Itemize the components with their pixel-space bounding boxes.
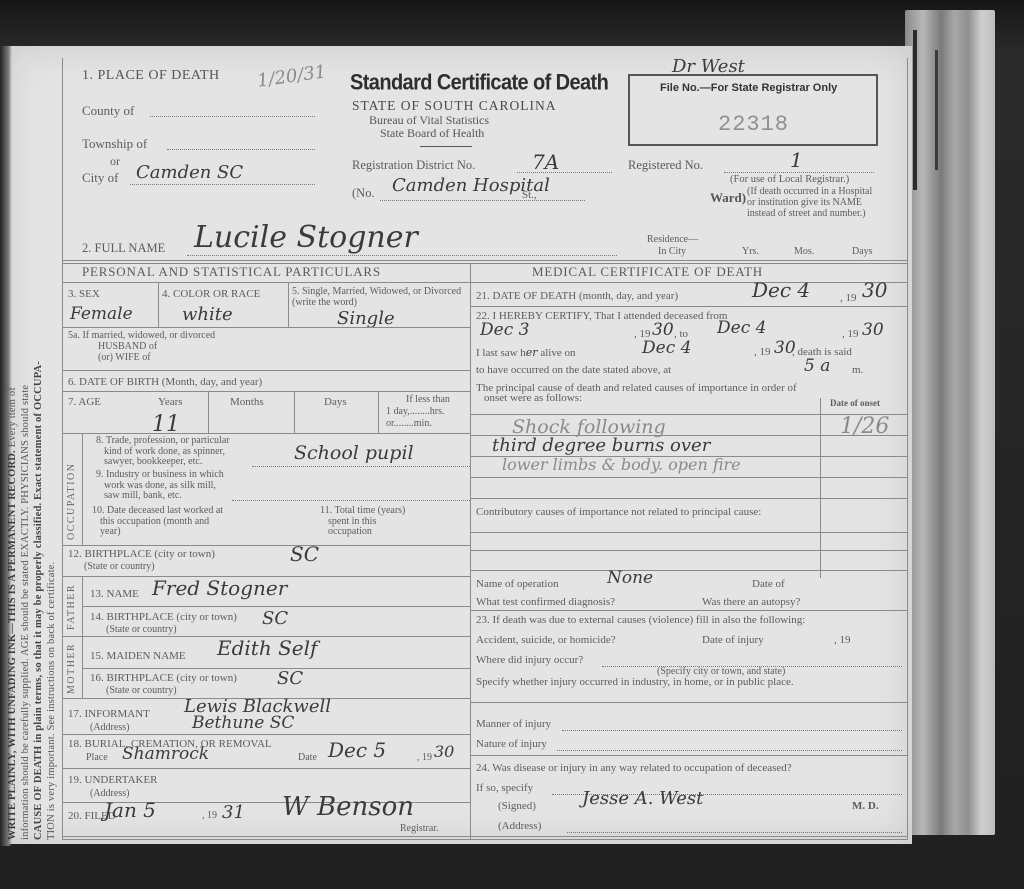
cause-line-2: third degree burns over [492, 435, 710, 456]
race-value: white [182, 304, 233, 325]
filed-value: Jan 5 [104, 798, 156, 822]
in-city-label: In City [658, 246, 686, 257]
file-number-box: File No.—For State Registrar Only 22318 [628, 74, 878, 146]
lt-day-label: If less than [406, 394, 450, 405]
row-line [62, 327, 470, 328]
row-line [62, 768, 470, 769]
registrar-signature: W Benson [282, 792, 414, 822]
margin-note: 1/20/31 [256, 61, 328, 91]
cause-line [470, 477, 907, 478]
city-label: City of [82, 170, 118, 186]
time-value: 5 a [804, 356, 830, 376]
township-label: Township of [82, 136, 147, 152]
external-label: 23. If death was due to external causes … [476, 614, 805, 626]
total-time-label: 11. Total time (years) spent in this occ… [320, 506, 405, 538]
death-certificate-form: 1. PLACE OF DEATH 1/20/31 County of Town… [62, 58, 884, 838]
row-line [82, 668, 470, 669]
row-line [62, 545, 470, 546]
row-line [470, 702, 907, 703]
marital-label: 5. Single, Married, Widowed, or Divorced… [292, 286, 467, 308]
mother-maiden-value: Edith Self [217, 636, 317, 660]
form-bottom-line [62, 836, 907, 837]
row-line [62, 734, 470, 735]
row-line [470, 610, 907, 611]
place-label: Place [86, 752, 108, 763]
row-line [62, 370, 470, 371]
attended-to-year-prefix: , 19 [842, 328, 859, 340]
last-worked-label-1: 10. Date deceased last worked at [92, 506, 223, 517]
last-worked-label-3: year) [92, 527, 223, 538]
injury-where-label: Where did injury occur? [476, 654, 583, 666]
birthplace-sub: (State or country) [84, 561, 155, 572]
registered-no-field[interactable] [724, 172, 874, 173]
city-field[interactable] [130, 184, 315, 185]
mos-label: Mos. [794, 246, 814, 257]
days-label: Days [852, 246, 873, 257]
signed-value: Jesse A. West [582, 788, 703, 809]
board-name: State Board of Health [380, 126, 484, 141]
operation-label: Name of operation [476, 578, 558, 590]
attended-to: Dec 4 [717, 318, 766, 338]
row-line [470, 282, 907, 283]
father-name-value: Fred Stogner [152, 576, 287, 600]
total-time-label-1: 11. Total time (years) [320, 506, 405, 517]
instr-line1-rest: Every item of [7, 387, 18, 447]
age-label: 7. AGE [68, 396, 101, 408]
if-so-label: If so, specify [476, 782, 533, 794]
page-stack-edge [905, 10, 995, 835]
birthplace-value: SC [290, 542, 319, 566]
signed-label: (Signed) [498, 800, 536, 812]
row-line [470, 306, 907, 307]
spouse-label-3: (or) WIFE of [98, 352, 151, 363]
injury-date-label: Date of injury [702, 634, 764, 646]
contributory-label: Contributory causes of importance not re… [476, 506, 761, 518]
col-line [158, 282, 159, 327]
nature-field[interactable] [557, 750, 902, 751]
trade-field[interactable] [252, 466, 470, 467]
registrar-label: Registrar. [400, 823, 439, 834]
col-line [288, 282, 289, 327]
onset-col-line [820, 398, 821, 578]
medical-section-title: MEDICAL CERTIFICATE OF DEATH [532, 264, 763, 280]
row-line [62, 391, 470, 392]
specify-where-label: Specify whether injury occurred in indus… [476, 676, 794, 688]
accident-label: Accident, suicide, or homicide? [476, 634, 616, 646]
date-of-onset-label: Date of onset [830, 398, 880, 408]
operation-value: None [607, 568, 653, 588]
cause-intro-2: onset were as follows: [484, 392, 582, 404]
father-side-label: FATHER [66, 584, 77, 630]
row-line [62, 433, 470, 434]
contrib-line [470, 550, 907, 551]
instr-line1-bold: WRITE PLAINLY, WITH UNFADING INK—THIS IS… [7, 450, 18, 840]
industry-field[interactable] [232, 500, 470, 501]
cause-line-3: lower limbs & body. open fire [502, 455, 741, 474]
informant-address-label: (Address) [90, 722, 129, 733]
months-label: Months [230, 396, 264, 408]
address-field[interactable] [567, 832, 902, 833]
title-rule [420, 146, 472, 147]
personal-section-title: PERSONAL AND STATISTICAL PARTICULARS [82, 264, 381, 280]
burial-year-prefix: , 19 [417, 752, 432, 763]
full-name-value: Lucile Stogner [194, 220, 418, 255]
m-label: m. [852, 364, 863, 376]
mother-side-line [82, 636, 83, 698]
burial-date-value: Dec 5 [328, 738, 386, 762]
reg-district-label: Registration District No. [352, 158, 475, 173]
filed-year-prefix: , 19 [202, 810, 217, 821]
occupation-related-label: 24. Was disease or injury in any way rel… [476, 762, 792, 774]
informant-address-value: Bethune SC [192, 713, 294, 733]
trade-value: School pupil [294, 442, 414, 464]
burial-year-value: 30 [434, 742, 454, 761]
father-name-label: 13. NAME [90, 588, 139, 600]
row-line [82, 606, 470, 607]
birthplace-label: 12. BIRTHPLACE (city or town) [68, 548, 215, 560]
alive-on-label: alive on [540, 347, 575, 359]
spouse-label-2: HUSBAND of [98, 341, 157, 352]
father-birthplace-label: 14. BIRTHPLACE (city or town) [90, 611, 237, 623]
industry-label: 9. Industry or business in which work wa… [96, 470, 224, 502]
trade-label-3: sawyer, bookkeeper, etc. [96, 457, 230, 468]
last-saw-her: er [526, 346, 538, 359]
filed-year-value: 31 [222, 802, 245, 823]
last-saw-label: I last saw her alive on [476, 346, 575, 359]
operation-date-label: Date of [752, 578, 785, 590]
instr-line2: information should be carefully supplied… [19, 50, 32, 840]
race-label: 4. COLOR OR RACE [162, 288, 260, 300]
reg-district-value: 7A [532, 150, 559, 174]
mother-birthplace-label: 16. BIRTHPLACE (city or town) [90, 672, 237, 684]
form-right-border [907, 58, 908, 840]
col-line [294, 391, 295, 433]
ward-label: Ward) [710, 190, 746, 206]
yrs-label: Yrs. [742, 246, 759, 257]
registered-no-label: Registered No. [628, 158, 703, 173]
registered-no-value: 1 [790, 148, 803, 172]
contrib-line [470, 532, 907, 533]
certificate-title: Standard Certificate of Death [350, 71, 608, 96]
file-number: 22318 [718, 112, 789, 137]
contrib-line [470, 570, 907, 571]
father-birthplace-sub: (State or country) [106, 624, 177, 635]
injury-year-label: , 19 [834, 634, 851, 646]
place-of-death-label: 1. PLACE OF DEATH [82, 68, 220, 84]
lt-day-hrs: 1 day,........hrs. [386, 406, 445, 417]
manner-label: Manner of injury [476, 718, 551, 730]
row-line [62, 282, 470, 283]
instr-line4: TION is very important. See instructions… [45, 50, 58, 840]
burial-place-value: Shamrock [122, 744, 209, 764]
mother-maiden-label: 15. MAIDEN NAME [90, 650, 186, 662]
residence-label: Residence— [647, 234, 698, 245]
sex-label: 3. SEX [68, 288, 100, 300]
county-label: County of [82, 103, 134, 119]
full-name-field[interactable] [187, 255, 617, 256]
spouse-label-1: 5a. If married, widowed, or divorced [68, 330, 215, 341]
total-time-label-3: occupation [320, 527, 405, 538]
marital-value: Single [337, 308, 395, 329]
state-name: STATE OF SOUTH CAROLINA [352, 98, 557, 114]
lt-day-min: or........min. [386, 418, 432, 429]
dod-year-prefix: , 19 [840, 292, 857, 304]
or-label: or [110, 154, 120, 169]
sex-value: Female [70, 304, 133, 324]
industry-label-1: 9. Industry or business in which [96, 470, 224, 481]
manner-field[interactable] [562, 730, 902, 731]
column-divider [470, 263, 471, 840]
industry-label-3: saw mill, bank, etc. [96, 491, 224, 502]
days-age-label: Days [324, 396, 347, 408]
occupation-side-label: OCCUPATION [66, 463, 77, 540]
md-label: M. D. [852, 800, 879, 812]
street-open-label: (No. [352, 186, 375, 201]
col-line [378, 391, 379, 433]
mother-birthplace-value: SC [277, 668, 303, 689]
township-field[interactable] [167, 149, 315, 150]
local-registrar-note: (For use of Local Registrar.) [730, 174, 849, 185]
last-saw-value: Dec 4 [642, 338, 691, 358]
burial-date-label: Date [298, 752, 317, 763]
attended-from: Dec 3 [480, 320, 529, 340]
instr-line3: CAUSE OF DEATH in plain terms, so that i… [32, 50, 45, 840]
trade-label-1: 8. Trade, profession, or particular [96, 436, 230, 447]
autopsy-label: Was there an autopsy? [702, 596, 800, 608]
mother-birthplace-sub: (State or country) [106, 685, 177, 696]
occupation-side-line [82, 433, 83, 545]
years-label: Years [158, 396, 183, 408]
date-of-death-value: Dec 4 [752, 278, 810, 302]
form-bottom-line-2 [62, 839, 907, 840]
undertaker-label: 19. UNDERTAKER [68, 774, 158, 786]
county-field[interactable] [150, 116, 315, 117]
nature-label: Nature of injury [476, 738, 547, 750]
st-label: St., [522, 189, 537, 201]
mother-side-label: MOTHER [66, 643, 77, 694]
last-saw-year-prefix: , 19 [754, 346, 771, 358]
cause-line [470, 498, 907, 499]
section-divider-top [62, 260, 907, 261]
attended-from-year: 30 [652, 320, 674, 340]
vertical-instructions: WRITE PLAINLY, WITH UNFADING INK—THIS IS… [6, 50, 58, 840]
form-left-border [62, 58, 63, 840]
hospital-note: (If death occurred in a Hospital or inst… [747, 186, 877, 219]
dod-year: 30 [862, 278, 887, 302]
father-birthplace-value: SC [262, 608, 288, 629]
city-value: Camden SC [136, 162, 243, 183]
date-of-death-label: 21. DATE OF DEATH (month, day, and year) [476, 290, 678, 302]
diagnosis-label: What test confirmed diagnosis? [476, 596, 615, 608]
file-box-label: File No.—For State Registrar Only [660, 82, 837, 94]
col-line [208, 391, 209, 433]
last-worked-label: 10. Date deceased last worked at this oc… [92, 506, 223, 538]
row-line [470, 755, 907, 756]
attended-to-year: 30 [862, 320, 884, 340]
full-name-label: 2. FULL NAME [82, 241, 165, 256]
dob-label: 6. DATE OF BIRTH (Month, day, and year) [68, 376, 262, 388]
street-field[interactable] [380, 200, 585, 201]
informant-label: 17. INFORMANT [68, 708, 150, 720]
address-label: (Address) [498, 820, 541, 832]
last-saw-prefix: I last saw h [476, 347, 526, 359]
occurred-label: to have occurred on the date stated abov… [476, 364, 671, 376]
trade-label: 8. Trade, profession, or particular kind… [96, 436, 230, 468]
